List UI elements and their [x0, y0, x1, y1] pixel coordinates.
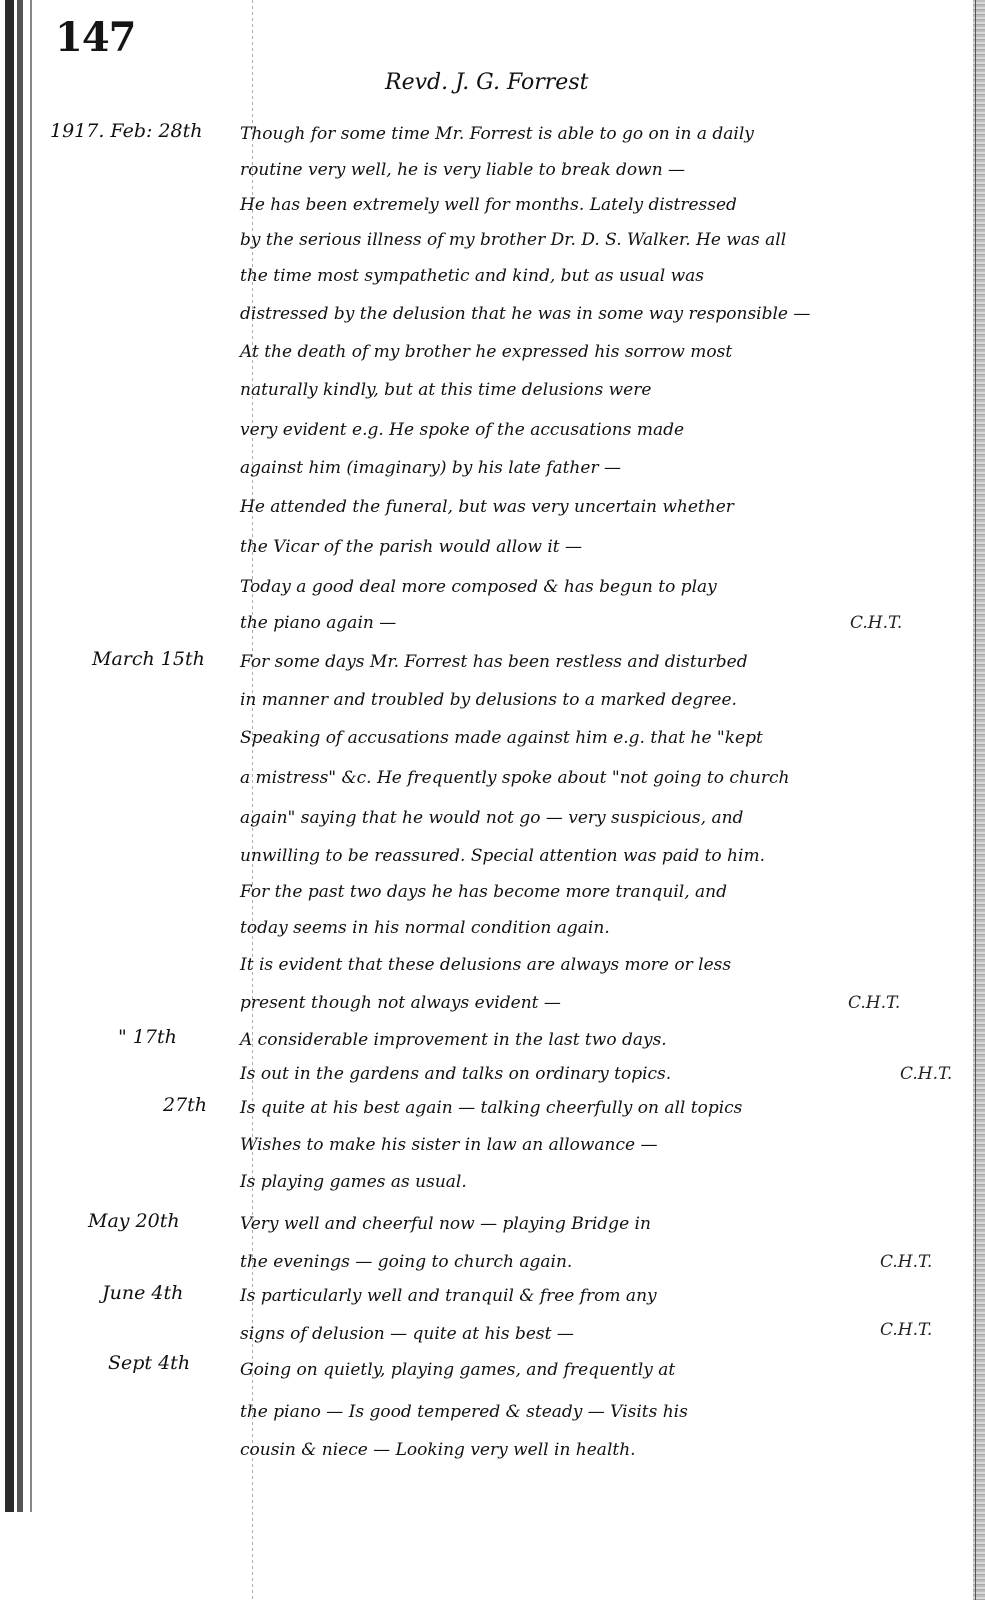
- entry-line: the Vicar of the parish would allow it —: [240, 537, 582, 557]
- entry-line: today seems in his normal condition agai…: [240, 918, 610, 938]
- entry-line: the piano — Is good tempered & steady — …: [240, 1402, 688, 1422]
- entry-line: It is evident that these delusions are a…: [240, 955, 731, 975]
- signature: C.H.T.: [880, 1252, 932, 1272]
- entry-date: March 15th: [92, 648, 205, 670]
- patient-heading: Revd. J. G. Forrest: [385, 70, 588, 95]
- entry-line: Today a good deal more composed & has be…: [240, 577, 717, 597]
- entry-line: again" saying that he would not go — ver…: [240, 808, 743, 828]
- signature: C.H.T.: [848, 993, 900, 1013]
- entry-line: Wishes to make his sister in law an allo…: [240, 1135, 657, 1155]
- entry-line: against him (imaginary) by his late fath…: [240, 458, 621, 478]
- entry-date: May 20th: [88, 1210, 180, 1232]
- book-binding: [0, 0, 40, 1512]
- entry-line: by the serious illness of my brother Dr.…: [240, 230, 786, 250]
- binding-stripe: [17, 0, 23, 1512]
- signature: C.H.T.: [900, 1064, 952, 1084]
- entry-date: June 4th: [102, 1282, 183, 1304]
- entry-line: a mistress" &c. He frequently spoke abou…: [240, 768, 789, 788]
- entry-line: Going on quietly, playing games, and fre…: [240, 1360, 675, 1380]
- entry-line: Very well and cheerful now — playing Bri…: [240, 1214, 651, 1234]
- binding-stripe: [30, 0, 32, 1512]
- page-edge: [973, 0, 985, 1600]
- entry-line: Is playing games as usual.: [240, 1172, 467, 1192]
- binding-stripe: [5, 0, 14, 1512]
- entry-line: He attended the funeral, but was very un…: [240, 497, 734, 517]
- entry-line: He has been extremely well for months. L…: [240, 195, 737, 215]
- entry-line: routine very well, he is very liable to …: [240, 160, 685, 180]
- signature: C.H.T.: [850, 613, 902, 633]
- entry-line: Is quite at his best again — talking che…: [240, 1098, 742, 1118]
- entry-line: distressed by the delusion that he was i…: [240, 304, 810, 324]
- entry-line: For the past two days he has become more…: [240, 882, 727, 902]
- entry-line: At the death of my brother he expressed …: [240, 342, 732, 362]
- entry-line: the evenings — going to church again.: [240, 1252, 572, 1272]
- entry-line: Is particularly well and tranquil & free…: [240, 1286, 657, 1306]
- entry-date: " 17th: [118, 1026, 177, 1048]
- entry-line: unwilling to be reassured. Special atten…: [240, 846, 765, 866]
- entry-line: very evident e.g. He spoke of the accusa…: [240, 420, 684, 440]
- entry-line: the time most sympathetic and kind, but …: [240, 266, 704, 286]
- page-number: 147: [55, 14, 136, 61]
- entry-line: present though not always evident —: [240, 993, 561, 1013]
- entry-line: Though for some time Mr. Forrest is able…: [240, 124, 754, 144]
- entry-date: 1917. Feb: 28th: [50, 120, 202, 142]
- entry-date: 27th: [163, 1094, 207, 1116]
- entry-line: signs of delusion — quite at his best —: [240, 1324, 574, 1344]
- entry-line: Is out in the gardens and talks on ordin…: [240, 1064, 671, 1084]
- ledger-page: 147 Revd. J. G. Forrest 1917. Feb: 28th …: [0, 0, 985, 1600]
- entry-line: A considerable improvement in the last t…: [240, 1030, 667, 1050]
- entry-line: Speaking of accusations made against him…: [240, 728, 763, 748]
- entry-line: naturally kindly, but at this time delus…: [240, 380, 651, 400]
- entry-line: in manner and troubled by delusions to a…: [240, 690, 737, 710]
- signature: C.H.T.: [880, 1320, 932, 1340]
- entry-date: Sept 4th: [108, 1352, 190, 1374]
- entry-line: the piano again —: [240, 613, 396, 633]
- entry-line: cousin & niece — Looking very well in he…: [240, 1440, 636, 1460]
- entry-line: For some days Mr. Forrest has been restl…: [240, 652, 748, 672]
